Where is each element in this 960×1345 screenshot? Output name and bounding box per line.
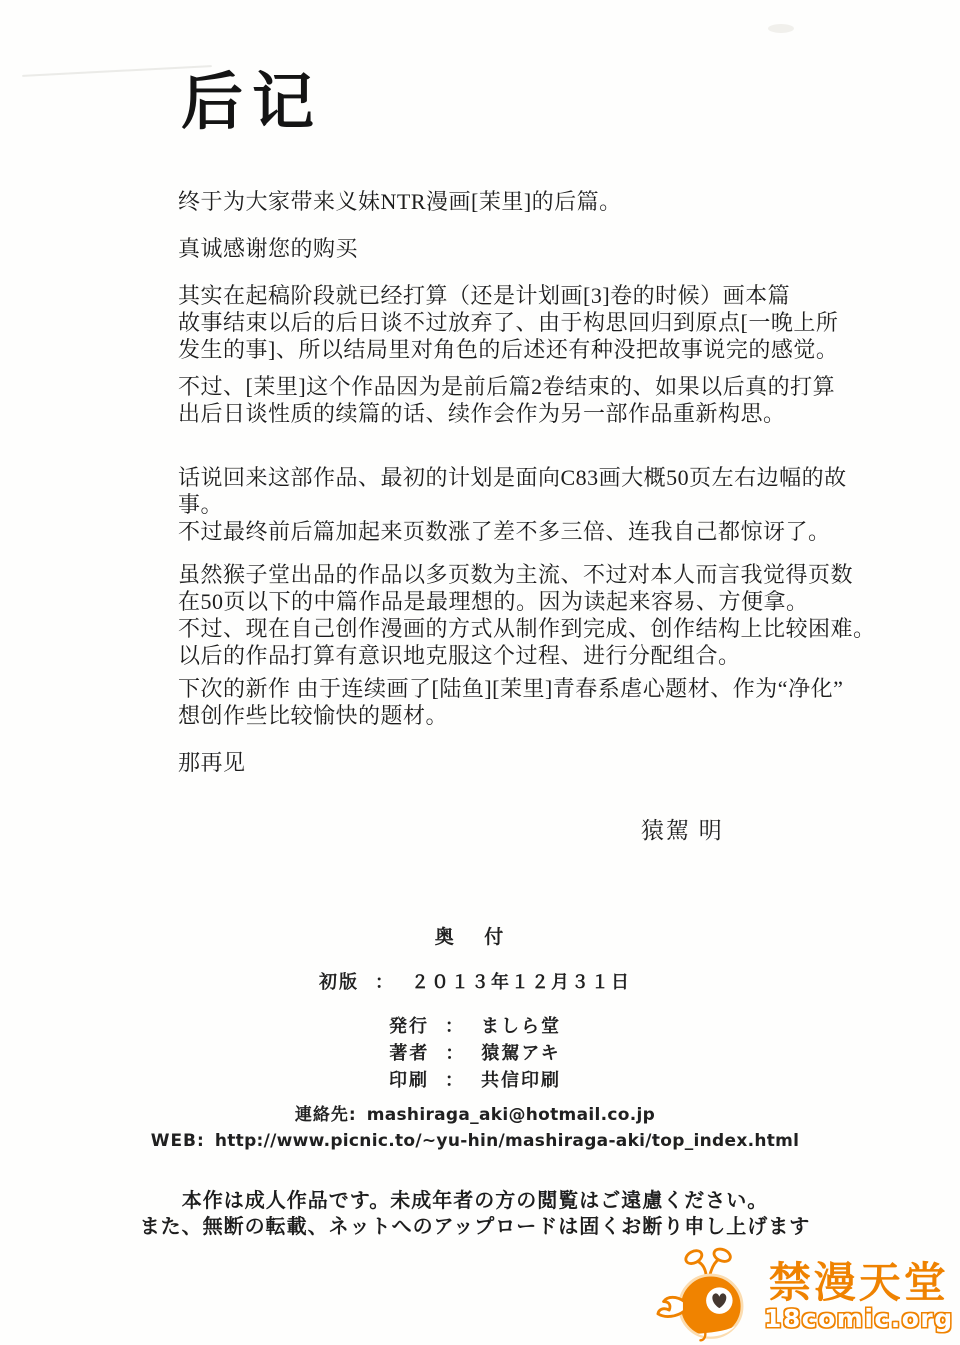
contact-email: mashiraga_aki@hotmail.co.jp — [367, 1105, 655, 1125]
colophon-row-author: 著者：猿駕アキ — [0, 1040, 950, 1067]
colophon-row-publisher: 発行：ましら堂 — [0, 1013, 950, 1040]
afterword-body: 终于为大家带来义妹NTR漫画[茉里]的后篇。 真诚感谢您的购买 其实在起稿阶段就… — [178, 188, 884, 776]
colophon: 奥 付 初版：２０１３年１２月３１日 発行：ましら堂 著者：猿駕アキ 印刷：共信… — [0, 925, 950, 1239]
whale-mascot-icon — [656, 1244, 760, 1344]
adult-warning: 本作は成人作品です。未成年者の方の閲覧はご遠慮ください。 また、無断の転載、ネッ… — [0, 1187, 950, 1239]
publisher-name: ましら堂 — [481, 1016, 561, 1037]
colophon-row-edition: 初版：２０１３年１２月３１日 — [0, 969, 950, 996]
colophon-separator: ： — [445, 1016, 465, 1037]
printer-name: 共信印刷 — [481, 1070, 561, 1091]
watermark-text: 禁漫天堂 18comic.org — [764, 1260, 954, 1332]
paragraph: 不过、[茉里]这个作品因为是前后篇2卷结束的、如果以后真的打算 出后日谈性质的续… — [178, 373, 884, 427]
web-label: WEB: — [151, 1131, 205, 1151]
watermark-logo: 禁漫天堂 18comic.org — [656, 1244, 954, 1344]
colophon-label: 著者 — [389, 1043, 429, 1064]
adult-warning-line1: 本作は成人作品です。未成年者の方の閲覧はご遠慮ください。 — [0, 1187, 950, 1213]
watermark-site-domain: 18comic.org — [764, 1306, 954, 1332]
adult-warning-line2: また、無断の転載、ネットへのアップロードは固くお断り申し上げます — [0, 1213, 950, 1239]
paragraph: 虽然猴子堂出品的作品以多页数为主流、不过对本人而言我觉得页数 在50页以下的中篇… — [178, 561, 884, 669]
colophon-label: 発行 — [389, 1016, 429, 1037]
watermark-site-name: 禁漫天堂 — [764, 1260, 954, 1306]
colophon-row-printer: 印刷：共信印刷 — [0, 1067, 950, 1094]
author-name: 猿駕アキ — [481, 1043, 560, 1064]
paragraph: 话说回来这部作品、最初的计划是面向C83画大概50页左右边幅的故事。 不过最终前… — [178, 464, 884, 545]
paragraph: 那再见 — [178, 749, 884, 776]
website-url: http://www.picnic.to/~yu-hin/mashiraga-a… — [215, 1131, 800, 1151]
afterword-page: 后记 终于为大家带来义妹NTR漫画[茉里]的后篇。 真诚感谢您的购买 其实在起稿… — [0, 0, 960, 1345]
colophon-label: 印刷 — [389, 1070, 429, 1091]
scan-artifact — [768, 24, 794, 33]
page-title: 后记 — [181, 52, 323, 141]
author-signature: 猿駕 明 — [641, 812, 724, 845]
paragraph: 其实在起稿阶段就已经打算（还是计划画[3]卷的时候）画本篇 故事结束以后的后日谈… — [178, 282, 884, 363]
edition-date: ２０１３年１２月３１日 — [411, 972, 631, 993]
colophon-heading: 奥 付 — [0, 925, 950, 949]
paragraph: 真诚感谢您的购买 — [178, 235, 884, 262]
paragraph: 下次的新作 由于连续画了[陆鱼][茉里]青春系虐心题材、作为“净化” 想创作些比… — [178, 675, 884, 729]
colophon-separator: ： — [445, 1070, 465, 1091]
web-line: WEB:http://www.picnic.to/~yu-hin/mashira… — [0, 1130, 950, 1153]
contact-line: 連絡先:mashiraga_aki@hotmail.co.jp — [0, 1104, 950, 1127]
colophon-label: 初版 — [319, 972, 359, 993]
colophon-separator: ： — [445, 1043, 465, 1064]
paragraph: 终于为大家带来义妹NTR漫画[茉里]的后篇。 — [178, 188, 884, 215]
colophon-separator: ： — [375, 972, 395, 993]
contact-label: 連絡先: — [295, 1105, 357, 1125]
